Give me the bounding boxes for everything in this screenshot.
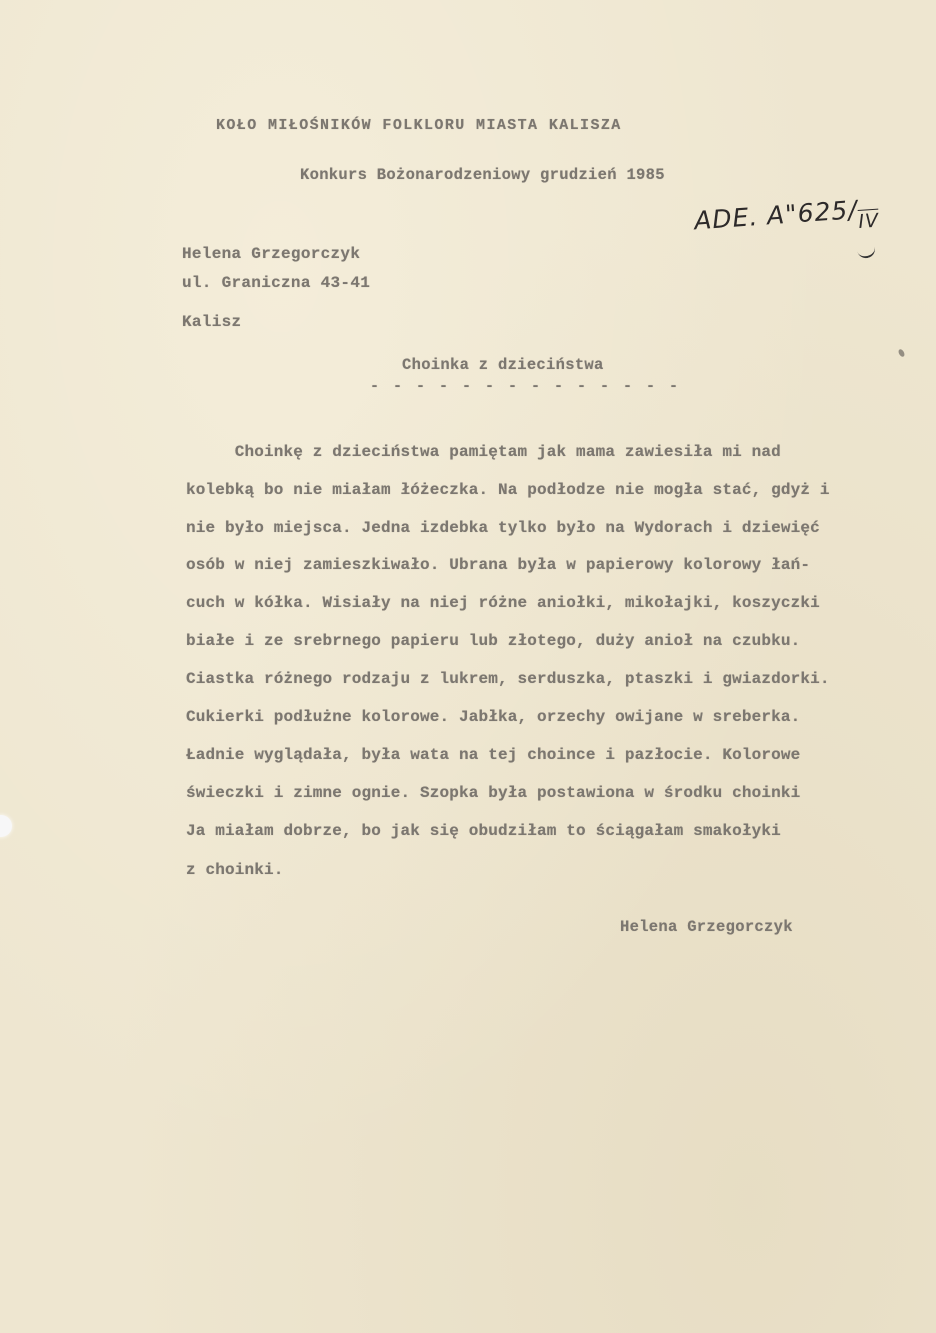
body-line: Ciastka różnego rodzaju z lukrem, serdus… [186, 670, 830, 688]
body-line: osób w niej zamieszkiwało. Ubrana była w… [186, 556, 810, 574]
archive-mark-main: ADE. A"625/ [693, 195, 858, 235]
body-line: cuch w kółka. Wisiały na niej różne anio… [186, 594, 820, 612]
body-line: świeczki i zimne ognie. Szopka była post… [186, 784, 800, 802]
body-line: Cukierki podłużne kolorowe. Jabłka, orze… [186, 708, 800, 726]
contest-subtitle: Konkurs Bożonarodzeniowy grudzień 1985 [300, 166, 665, 184]
archive-signature-handwritten: ADE. A"625/IV [693, 194, 879, 236]
document-page: KOŁO MIŁOŚNIKÓW FOLKLORU MIASTA KALISZA … [0, 0, 936, 1333]
author-street: ul. Graniczna 43-41 [182, 274, 370, 292]
organization-header: KOŁO MIŁOŚNIKÓW FOLKLORU MIASTA KALISZA [216, 117, 622, 134]
body-line: nie było miejsca. Jedna izdebka tylko by… [186, 519, 820, 537]
body-line: białe i ze srebrnego papieru lub złotego… [186, 632, 800, 650]
archive-mark-sub: IV [858, 210, 880, 233]
body-line: z choinki. [186, 861, 284, 879]
body-line: Ładnie wyglądała, była wata na tej choin… [186, 746, 800, 764]
body-line: kolebką bo nie miałam łóżeczka. Na podło… [186, 481, 830, 499]
author-name: Helena Grzegorczyk [182, 245, 360, 263]
title-underline: - - - - - - - - - - - - - - [370, 378, 681, 395]
body-line: Ja miałam dobrze, bo jak się obudziłam t… [186, 822, 781, 840]
handwritten-tick-mark [857, 246, 877, 260]
punch-hole [0, 815, 12, 837]
story-title: Choinka z dzieciństwa [402, 356, 604, 374]
author-city: Kalisz [182, 313, 241, 331]
body-line: Choinkę z dzieciństwa pamiętam jak mama … [186, 443, 781, 461]
ink-speck [897, 348, 905, 357]
typed-signature: Helena Grzegorczyk [620, 918, 793, 936]
